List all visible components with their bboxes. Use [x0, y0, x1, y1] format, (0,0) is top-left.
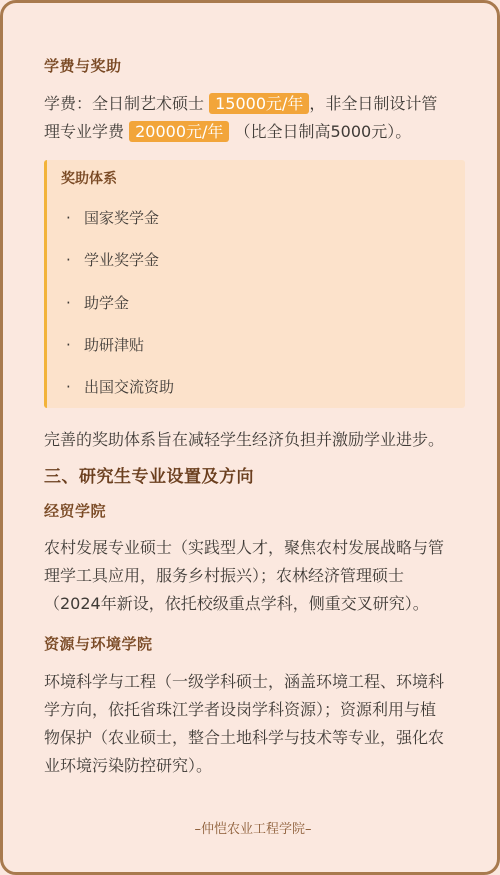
aid-item-label: 出国交流资助: [84, 378, 174, 396]
parttime-fee-highlight: 20000元/年: [129, 121, 229, 142]
description-line: 业环境污染防控研究）。: [44, 752, 464, 780]
description-line: 理学工具应用，服务乡村振兴）；农林经济管理硕士: [44, 562, 464, 590]
aid-list-item: ·学业奖学金: [66, 249, 159, 270]
footer-signature: –仲恺农业工程学院–: [3, 818, 500, 837]
description-line: 农村发展专业硕士（实践型人才，聚焦农村发展战略与管: [44, 534, 464, 562]
school-title-resources: 资源与环境学院: [44, 633, 153, 654]
tuition-text: ，非全日制设计管: [309, 94, 437, 113]
bullet-icon: ·: [66, 294, 84, 312]
bullet-icon: ·: [66, 378, 84, 396]
tuition-paragraph: 学费：全日制艺术硕士 15000元/年，非全日制设计管 理专业学费 20000元…: [44, 90, 464, 146]
aid-item-label: 助研津贴: [84, 336, 144, 354]
aid-list-item: ·国家奖学金: [66, 207, 159, 228]
aid-item-label: 学业奖学金: [84, 251, 159, 269]
tuition-line-2: 理专业学费 20000元/年 （比全日制高5000元）。: [44, 118, 464, 146]
fulltime-fee-highlight: 15000元/年: [209, 93, 309, 114]
aid-list-item: ·助研津贴: [66, 334, 144, 355]
aid-item-label: 助学金: [84, 294, 129, 312]
aid-list-item: ·出国交流资助: [66, 376, 174, 397]
majors-section-title: 三、研究生专业设置及方向: [44, 462, 254, 487]
aid-summary: 完善的奖助体系旨在减轻学生经济负担并激励学业进步。: [44, 426, 464, 454]
tuition-text: （比全日制高5000元）。: [235, 122, 412, 141]
description-line: 环境科学与工程（一级学科硕士，涵盖环境工程、环境科: [44, 668, 464, 696]
aid-system-box: 奖助体系 ·国家奖学金 ·学业奖学金 ·助学金 ·助研津贴 ·出国交流资助: [44, 160, 465, 408]
aid-item-label: 国家奖学金: [84, 209, 159, 227]
aid-list-item: ·助学金: [66, 292, 129, 313]
school-title-economics: 经贸学院: [44, 500, 106, 521]
description-line: 学方向，依托省珠江学者设岗学科资源）；资源利用与植: [44, 696, 464, 724]
tuition-text: 学费：全日制艺术硕士: [44, 94, 204, 113]
bullet-icon: ·: [66, 251, 84, 269]
bullet-icon: ·: [66, 336, 84, 354]
aid-box-title: 奖助体系: [61, 168, 117, 188]
school-description-economics: 农村发展专业硕士（实践型人才，聚焦农村发展战略与管 理学工具应用，服务乡村振兴）…: [44, 534, 464, 618]
tuition-text: 理专业学费: [44, 122, 124, 141]
description-line: （2024年新设，依托校级重点学科，侧重交叉研究）。: [44, 590, 464, 618]
info-card: 学费与奖助 学费：全日制艺术硕士 15000元/年，非全日制设计管 理专业学费 …: [0, 0, 500, 875]
bullet-icon: ·: [66, 209, 84, 227]
tuition-section-title: 学费与奖助: [44, 55, 122, 76]
description-line: 物保护（农业硕士，整合土地科学与技术等专业，强化农: [44, 724, 464, 752]
tuition-line-1: 学费：全日制艺术硕士 15000元/年，非全日制设计管: [44, 90, 464, 118]
school-description-resources: 环境科学与工程（一级学科硕士，涵盖环境工程、环境科 学方向，依托省珠江学者设岗学…: [44, 668, 464, 780]
